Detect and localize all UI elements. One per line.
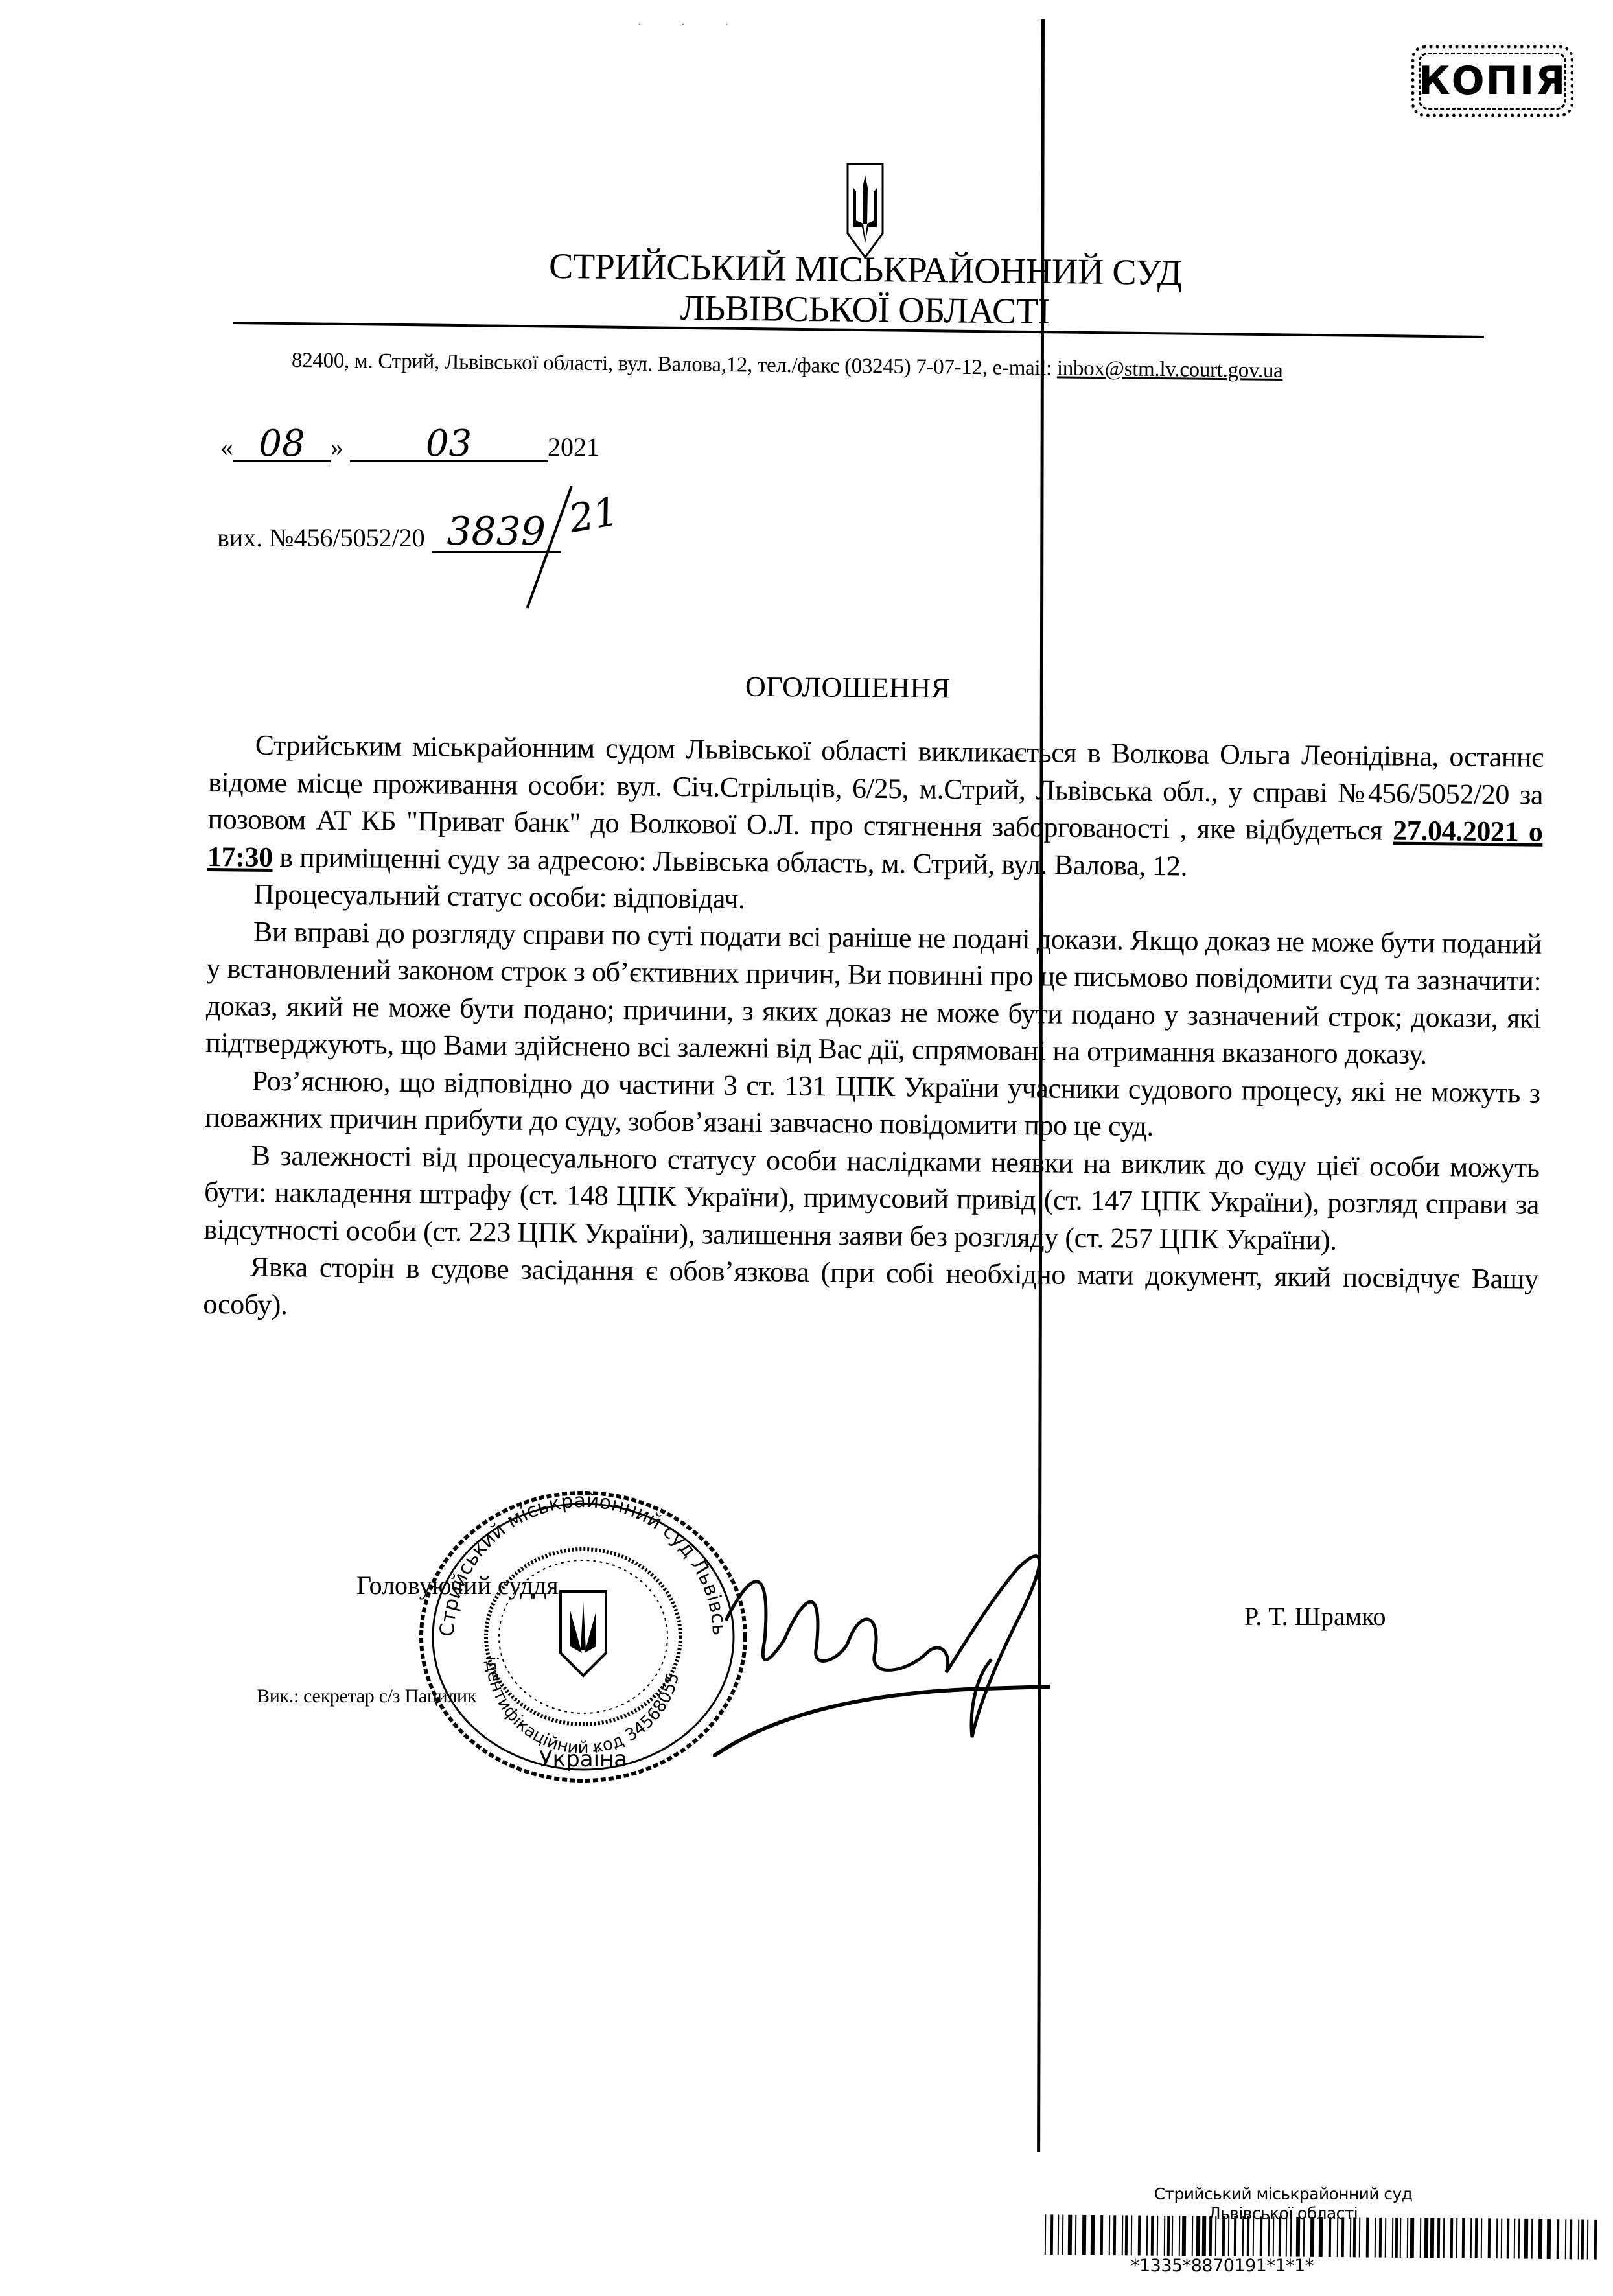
court-name: СТРИЙСЬКИЙ МІСЬКРАЙОННИЙ СУД ЛЬВІВСЬКОЇ … (388, 244, 1341, 334)
court-seal: Стрийський міськрайонний суд Львівської … (415, 1488, 752, 1786)
paragraph-summons: Стрийським міськрайонним судом Львівсько… (207, 726, 1544, 888)
seal-outer-text: Стрийський міськрайонний суд Львівської … (415, 1488, 730, 1637)
document-heading: ОГОЛОШЕННЯ (745, 670, 951, 705)
paragraph-notice: Роз’яснюю, що відповідно до частини 3 ст… (205, 1061, 1540, 1149)
signer-title: Головуючий суддя (356, 1570, 559, 1600)
quote-open: « (220, 432, 233, 462)
court-address: 82400, м. Стрий, Львівської області, вул… (292, 349, 1283, 383)
notice-body: Стрийським міськрайонним судом Львівсько… (203, 726, 1544, 1335)
svg-text:ідентифікаційний код 34568055: ідентифікаційний код 34568055 (482, 1656, 683, 1758)
quote-close: » (331, 432, 343, 462)
barcode-org-line1: Стрийський міськрайонний суд (1102, 2185, 1465, 2204)
summons-text: Стрийським міськрайонним судом Львівсько… (207, 729, 1543, 847)
barcode-number: *1335*8870191*1*1* (1131, 2256, 1314, 2276)
date-day: 08 (233, 428, 331, 462)
ref-number-handwritten: 3839 (432, 512, 561, 553)
paragraph-attendance: Явка сторін в судове засідання є обов’яз… (203, 1248, 1538, 1335)
address-text: 82400, м. Стрий, Львівської області, вул… (292, 349, 1057, 380)
seal-inner-text: ідентифікаційний код 34568055 (482, 1656, 683, 1758)
scan-noise: · · · (638, 19, 747, 29)
email-link[interactable]: inbox@stm.lv.court.gov.ua (1057, 357, 1283, 382)
seal-bottom-text: Україна (539, 1746, 627, 1772)
summons-location: в приміщенні суду за адресою: Львівська … (272, 841, 1187, 882)
document-date: «08» 032021 (220, 428, 599, 462)
date-year: 2021 (548, 432, 599, 462)
handwritten-signature (713, 1543, 1296, 1757)
executor-line: Вик.: секретар с/з Пацилик (257, 1685, 476, 1707)
copy-stamp-label: КОПІЯ (1419, 58, 1567, 104)
ref-prefix: вих. №456/5052/20 (217, 523, 425, 552)
date-month: 03 (350, 428, 548, 462)
trident-coat-of-arms-icon (846, 162, 885, 259)
paragraph-evidence: Ви вправі до розгляду справи по суті под… (205, 912, 1542, 1074)
signer-name: Р. Т. Шрамко (1244, 1601, 1386, 1632)
ref-suffix-handwritten: 21 (566, 489, 622, 542)
outgoing-reference: вих. №456/5052/20 3839 (217, 512, 561, 553)
svg-text:Стрийський міськрайонний суд Л: Стрийський міськрайонний суд Львівської … (415, 1488, 730, 1637)
paragraph-consequences: В залежності від процесуального статусу … (203, 1136, 1540, 1260)
barcode (1045, 2214, 1599, 2259)
copy-stamp: КОПІЯ (1411, 45, 1573, 117)
